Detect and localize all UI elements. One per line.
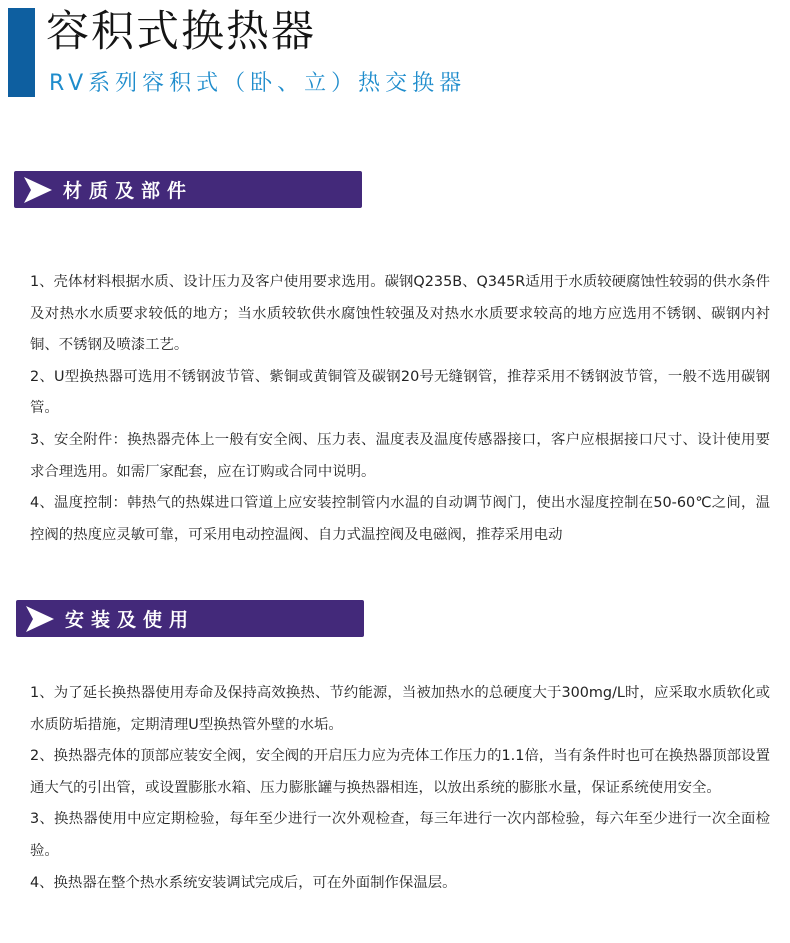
page-title: 容积式换热器 [46,6,316,58]
paragraph: 1、壳体材料根据水质、设计压力及客户使用要求选用。碳钢Q235B、Q345R适用… [30,267,770,362]
page-subtitle: RV系列容积式（卧、立）热交换器 [49,70,466,98]
section-heading: 材质及部件 [63,176,193,203]
paragraph: 3、安全附件：换热器壳体上一般有安全阀、压力表、温度表及温度传感器接口，客户应根… [30,425,770,488]
paragraph: 2、U型换热器可选用不锈钢波节管、紫铜或黄铜管及碳钢20号无缝钢管，推荐采用不锈… [30,362,770,425]
section-body-installation: 1、为了延长换热器使用寿命及保持高效换热、节约能源，当被加热水的总硬度大于300… [30,678,770,899]
section-banner-materials: 材质及部件 [14,171,362,208]
arrow-right-icon [23,176,53,204]
section-banner-installation: 安装及使用 [16,600,364,637]
paragraph: 2、换热器壳体的顶部应装安全阀，安全阀的开启压力应为壳体工作压力的1.1倍，当有… [30,741,770,804]
arrow-right-icon [25,605,55,633]
paragraph: 4、换热器在整个热水系统安装调试完成后，可在外面制作保温层。 [30,868,770,900]
title-accent-bar [8,8,35,97]
paragraph: 4、温度控制：韩热气的热媒进口管道上应安装控制管内水温的自动调节阀门，使出水湿度… [30,488,770,551]
paragraph: 1、为了延长换热器使用寿命及保持高效换热、节约能源，当被加热水的总硬度大于300… [30,678,770,741]
section-heading: 安装及使用 [65,605,195,632]
paragraph: 3、换热器使用中应定期检验，每年至少进行一次外观检查，每三年进行一次内部检验，每… [30,804,770,867]
section-body-materials: 1、壳体材料根据水质、设计压力及客户使用要求选用。碳钢Q235B、Q345R适用… [30,267,770,551]
